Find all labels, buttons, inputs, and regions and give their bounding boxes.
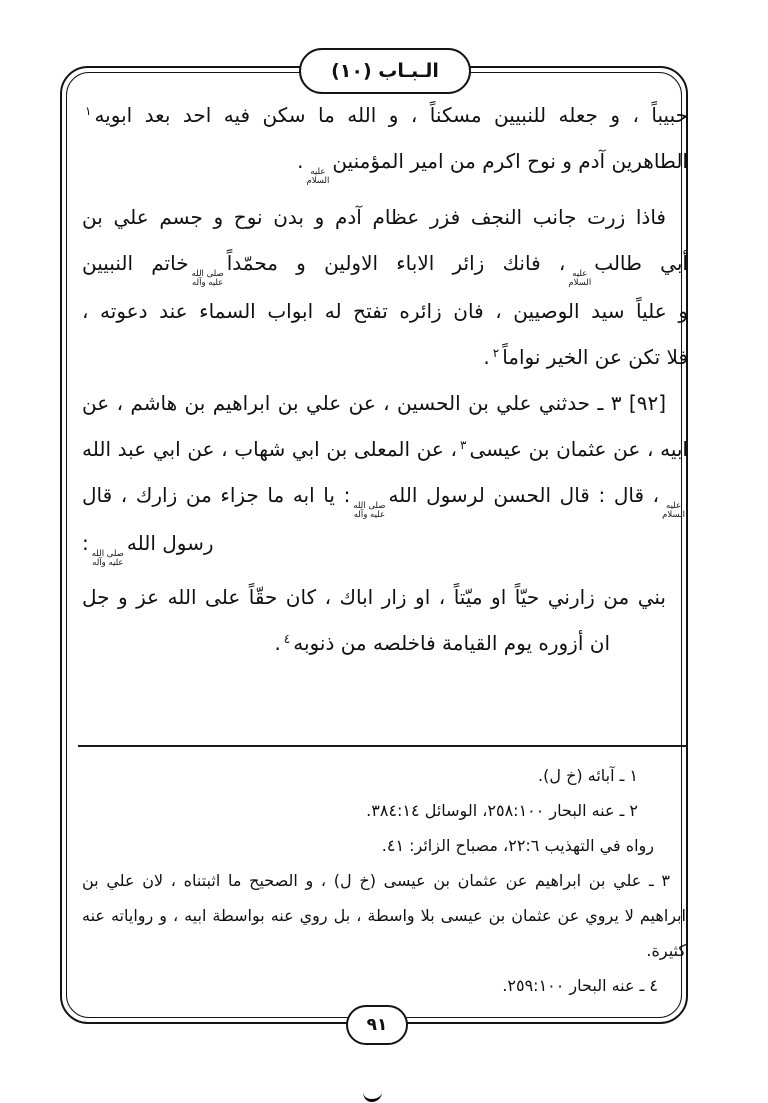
line-text: و علياً سيد الوصيين ، فان زائره تفتح له … [82,299,688,323]
footnote-ref-2: ٢ [493,346,499,360]
body-line-11: بني من زارني حيّاً او ميّتاً ، او زار اب… [82,574,688,620]
line-text: بني من زارني حيّاً او ميّتاً ، او زار اب… [82,585,666,609]
line-text: ، فانك زائر الاباء الاولين و محمّداً [227,251,566,275]
line-text: ان أزوره يوم القيامة فاخلصه من ذنوبه [293,631,610,655]
line-text: [٩٢] ٣ ـ حدثني علي بن الحسين ، عن علي بن… [82,391,666,415]
scan-artifact-mark [363,1092,382,1102]
honorific-bottom: السلام [306,177,329,186]
line-text: حبيباً ، و جعله للنبيين مسكناً ، و الله … [94,103,688,127]
footnote-4: ٤ ـ عنه البحار ٢٥٩:١٠٠. [82,968,686,1003]
honorific-bottom: عليه وآله [92,559,123,568]
line-punctuation: . [483,345,489,369]
footnote-2-continued: رواه في التهذيب ٢٢:٦، مصباح الزائر: ٤١. [82,828,686,863]
footnote-ref-4: ٤ [284,632,290,646]
body-line-4: أبي طالبعليهالسلام، فانك زائر الاباء الا… [82,240,688,288]
line-text: رسول الله [127,531,214,555]
line-text: فلا تكن عن الخير نواماً [502,345,688,369]
body-line-8: ابيه ، عن عثمان بن عيسى٣، عن المعلى بن ا… [82,426,688,472]
body-line-9: عليهالسلام، قال : قال الحسن لرسول اللهصل… [82,472,688,520]
footnote-2: ٢ ـ عنه البحار ٢٥٨:١٠٠، الوسائل ٣٨٤:١٤. [82,793,686,828]
footnote-separator [78,745,688,747]
footnote-3-end: كثيرة. [82,933,686,968]
honorific-alayhis-salam-icon: عليهالسلام [306,168,329,186]
honorific-alayhis-salam-icon: عليهالسلام [568,270,591,288]
body-line-10: رسول اللهصلى اللهعليه وآله: [82,520,688,568]
footnote-3-continued: ابراهيم لا يروي عن عثمان بن عيسى بلا واس… [82,898,686,933]
body-text: حبيباً ، و جعله للنبيين مسكناً ، و الله … [82,92,688,666]
body-line-1: حبيباً ، و جعله للنبيين مسكناً ، و الله … [82,92,688,138]
line-text: ، عن المعلى بن ابي شهاب ، عن ابي عبد الل… [82,437,457,461]
honorific-bottom: السلام [662,511,685,520]
page-number-box: ٩١ [346,1005,408,1045]
body-line-5: و علياً سيد الوصيين ، فان زائره تفتح له … [82,288,688,334]
chapter-title: الـبـاب (١٠) [331,60,439,82]
honorific-alayhis-salam-icon: عليهالسلام [662,502,685,520]
line-text: ، قال : قال الحسن لرسول الله [388,483,659,507]
line-text: : يا ابه ما جزاء من زارك ، قال [82,483,350,507]
line-text: الطاهرين آدم و نوح اكرم من امير المؤمنين [332,149,688,173]
footnotes-section: ١ ـ آبائه (خ ل). ٢ ـ عنه البحار ٢٥٨:١٠٠،… [82,758,686,1003]
footnote-ref-3: ٣ [460,438,466,452]
chapter-header-box: الـبـاب (١٠) [299,48,471,94]
line-punctuation: : [82,531,89,555]
body-line-12: ان أزوره يوم القيامة فاخلصه من ذنوبه٤. [82,620,688,666]
honorific-bottom: السلام [568,279,591,288]
honorific-bottom: عليه وآله [354,511,385,520]
honorific-salla-icon: صلى اللهعليه وآله [192,270,224,288]
footnote-ref-1: ١ [85,104,91,118]
honorific-salla-icon: صلى اللهعليه وآله [353,502,385,520]
body-line-2: الطاهرين آدم و نوح اكرم من امير المؤمنين… [82,138,688,186]
line-punctuation: . [274,631,280,655]
line-text: أبي طالب [594,251,688,275]
body-line-7: [٩٢] ٣ ـ حدثني علي بن الحسين ، عن علي بن… [82,380,688,426]
line-text: فاذا زرت جانب النجف فزر عظام آدم و بدن ن… [82,205,666,229]
line-text: خاتم النبيين [82,251,189,275]
scanned-book-page: الـبـاب (١٠) حبيباً ، و جعله للنبيين مسك… [0,0,768,1103]
body-line-3: فاذا زرت جانب النجف فزر عظام آدم و بدن ن… [82,194,688,240]
footnote-1: ١ ـ آبائه (خ ل). [82,758,686,793]
page-number: ٩١ [367,1015,388,1035]
honorific-salla-icon: صلى اللهعليه وآله [92,550,124,568]
line-text: ابيه ، عن عثمان بن عيسى [469,437,688,461]
footnote-3: ٣ ـ علي بن ابراهيم عن عثمان بن عيسى (خ ل… [82,863,686,898]
honorific-bottom: عليه وآله [192,279,223,288]
body-line-6: فلا تكن عن الخير نواماً٢. [82,334,688,380]
line-punctuation: . [297,149,303,173]
